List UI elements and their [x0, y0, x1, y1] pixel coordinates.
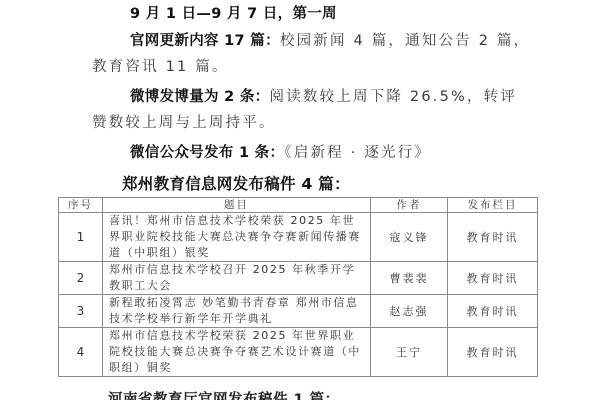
row-number: 3 [59, 295, 103, 328]
wechat-label: 微信公众号发布 1 条： [130, 145, 284, 161]
table-header-row: 序号 题目 作者 发布栏目 [59, 198, 538, 213]
row-author: 赵志强 [371, 295, 448, 328]
week-heading: 9 月 1 日—9 月 7 日，第一周 [130, 4, 337, 24]
header-title: 题目 [103, 198, 371, 213]
header-author: 作者 [371, 198, 448, 213]
table-row: 3 新程敢拓凌霄志 妙笔勤书青春章 郑州市信息技术学校举行新学年开学典礼 赵志强… [59, 295, 538, 328]
wechat-paragraph: 微信公众号发布 1 条：《启新程 · 逐光行》 [130, 143, 431, 163]
row-column: 教育时讯 [448, 262, 538, 295]
weibo-paragraph: 微博发博量为 2 条：阅读数较上周下降 26.5%，转评 [130, 87, 517, 107]
weibo-detail-line2: 赞数较上周与上周持平。 [92, 113, 276, 133]
row-title: 新程敢拓凌霄志 妙笔勤书青春章 郑州市信息技术学校举行新学年开学典礼 [103, 295, 371, 328]
website-detail-line1: 校园新闻 4 篇，通知公告 2 篇， [280, 33, 531, 49]
table-row: 4 郑州市信息技术学校荣获 2025 年世界职业院校技能大赛总决赛争夺赛艺术设计… [59, 328, 538, 377]
website-detail-line2: 教育咨讯 11 篇。 [92, 57, 229, 77]
table-row: 1 喜讯！郑州市信息技术学校荣获 2025 年世界职业院校技能大赛总决赛争夺赛新… [59, 213, 538, 262]
row-title: 郑州市信息技术学校荣获 2025 年世界职业院校技能大赛总决赛争夺赛艺术设计赛道… [103, 328, 371, 377]
row-author: 王宁 [371, 328, 448, 377]
row-title: 喜讯！郑州市信息技术学校荣获 2025 年世界职业院校技能大赛总决赛争夺赛新闻传… [103, 213, 371, 262]
row-author: 寇义锋 [371, 213, 448, 262]
website-label: 官网更新内容 17 篇： [130, 33, 280, 49]
row-number: 2 [59, 262, 103, 295]
table-row: 2 郑州市信息技术学校召开 2025 年秋季开学教职工大会 曹裴裴 教育时讯 [59, 262, 538, 295]
row-column: 教育时讯 [448, 213, 538, 262]
row-title: 郑州市信息技术学校召开 2025 年秋季开学教职工大会 [103, 262, 371, 295]
header-number: 序号 [59, 198, 103, 213]
row-number: 1 [59, 213, 103, 262]
document-page: 9 月 1 日—9 月 7 日，第一周 官网更新内容 17 篇：校园新闻 4 篇… [0, 0, 600, 400]
row-column: 教育时讯 [448, 295, 538, 328]
weibo-detail-line1: 阅读数较上周下降 26.5%，转评 [270, 89, 518, 105]
articles-table: 序号 题目 作者 发布栏目 1 喜讯！郑州市信息技术学校荣获 2025 年世界职… [58, 197, 538, 377]
weibo-label: 微博发博量为 2 条： [130, 89, 270, 105]
row-author: 曹裴裴 [371, 262, 448, 295]
row-number: 4 [59, 328, 103, 377]
next-section-heading-clipped: 河南省教育厅官网发布稿件 1 篇： [108, 391, 340, 400]
header-column: 发布栏目 [448, 198, 538, 213]
row-column: 教育时讯 [448, 328, 538, 377]
website-paragraph: 官网更新内容 17 篇：校园新闻 4 篇，通知公告 2 篇， [130, 31, 530, 51]
zhengzhou-heading: 郑州教育信息网发布稿件 4 篇： [122, 174, 350, 194]
wechat-detail: 《启新程 · 逐光行》 [284, 145, 431, 161]
